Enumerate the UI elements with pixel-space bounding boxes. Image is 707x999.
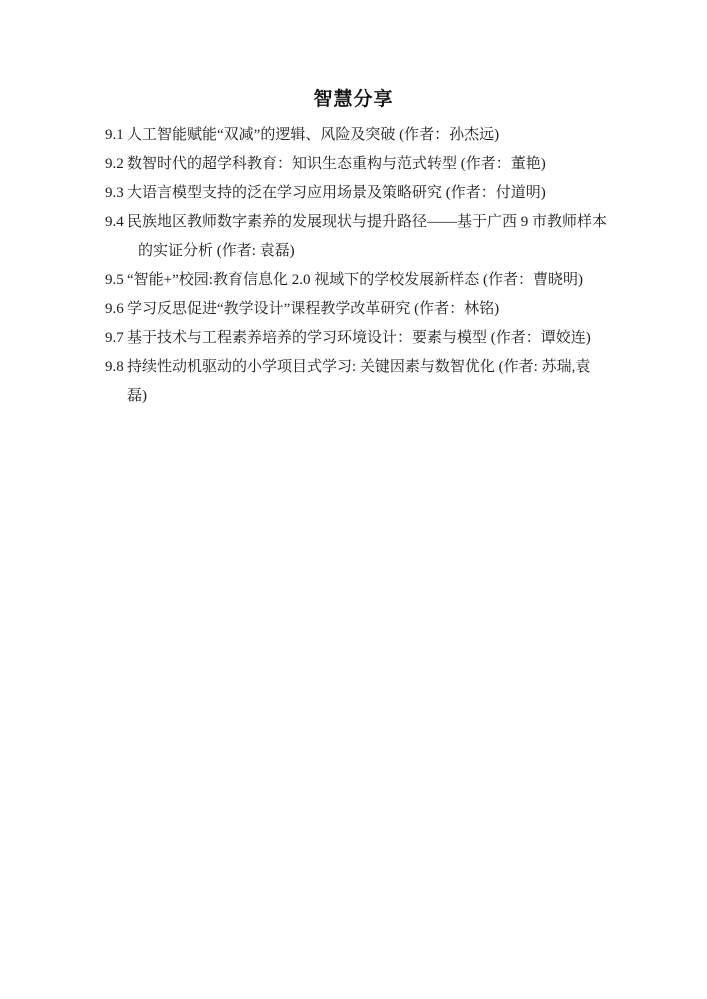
list-item: 9.4 民族地区教师数字素养的发展现状与提升路径——基于广西 9 市教师样本 的… bbox=[105, 208, 610, 266]
item-text: 民族地区教师数字素养的发展现状与提升路径——基于广西 9 市教师样本 bbox=[127, 214, 607, 230]
article-list: 9.1 人工智能赋能“双减”的逻辑、风险及突破 (作者：孙杰远) 9.2 数智时… bbox=[105, 121, 610, 411]
item-text: 持续性动机驱动的小学项目式学习: 关键因素与数智优化 (作者: 苏瑞,袁磊) bbox=[127, 353, 610, 411]
item-number: 9.5 bbox=[105, 266, 127, 295]
item-number: 9.8 bbox=[105, 353, 127, 382]
item-text: 基于技术与工程素养培养的学习环境设计：要素与模型 (作者：谭姣连) bbox=[127, 324, 610, 353]
item-number: 9.4 bbox=[105, 208, 127, 237]
item-text: 数智时代的超学科教育：知识生态重构与范式转型 (作者：董艳) bbox=[127, 150, 610, 179]
item-text: 学习反思促进“教学设计”课程教学改革研究 (作者：林铭) bbox=[127, 295, 610, 324]
item-number: 9.6 bbox=[105, 295, 127, 324]
list-item: 9.5 “智能+”校园:教育信息化 2.0 视域下的学校发展新样态 (作者：曹晓… bbox=[105, 266, 610, 295]
item-text-group: 民族地区教师数字素养的发展现状与提升路径——基于广西 9 市教师样本 的实证分析… bbox=[127, 208, 610, 266]
item-text: 大语言模型支持的泛在学习应用场景及策略研究 (作者：付道明) bbox=[127, 179, 610, 208]
item-number: 9.3 bbox=[105, 179, 127, 208]
page-title: 智慧分享 bbox=[0, 0, 707, 112]
list-item: 9.3 大语言模型支持的泛在学习应用场景及策略研究 (作者：付道明) bbox=[105, 179, 610, 208]
item-number: 9.2 bbox=[105, 150, 127, 179]
list-item: 9.2 数智时代的超学科教育：知识生态重构与范式转型 (作者：董艳) bbox=[105, 150, 610, 179]
item-text: 人工智能赋能“双减”的逻辑、风险及突破 (作者：孙杰远) bbox=[127, 121, 610, 150]
item-number: 9.1 bbox=[105, 121, 127, 150]
document-page: 智慧分享 9.1 人工智能赋能“双减”的逻辑、风险及突破 (作者：孙杰远) 9.… bbox=[0, 0, 707, 999]
list-item: 9.8 持续性动机驱动的小学项目式学习: 关键因素与数智优化 (作者: 苏瑞,袁… bbox=[105, 353, 610, 411]
item-text: “智能+”校园:教育信息化 2.0 视域下的学校发展新样态 (作者：曹晓明) bbox=[127, 266, 610, 295]
item-number: 9.7 bbox=[105, 324, 127, 353]
list-item: 9.7 基于技术与工程素养培养的学习环境设计：要素与模型 (作者：谭姣连) bbox=[105, 324, 610, 353]
list-item: 9.1 人工智能赋能“双减”的逻辑、风险及突破 (作者：孙杰远) bbox=[105, 121, 610, 150]
item-text-continuation: 的实证分析 (作者: 袁磊) bbox=[138, 237, 610, 266]
list-item: 9.6 学习反思促进“教学设计”课程教学改革研究 (作者：林铭) bbox=[105, 295, 610, 324]
